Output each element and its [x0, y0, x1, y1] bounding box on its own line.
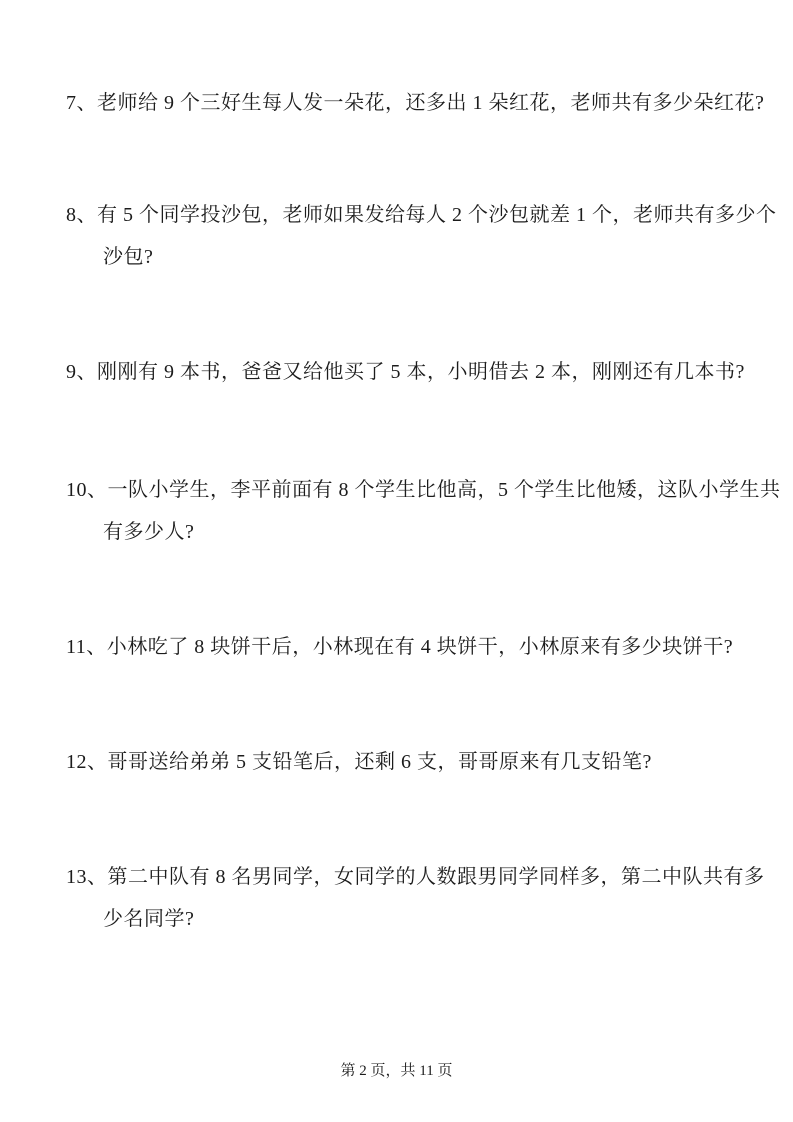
question-number: 8、: [66, 204, 97, 226]
question-text: 小林吃了 8 块饼干后，小林现在有 4 块饼干，小林原来有多少块饼干?: [107, 636, 733, 658]
worksheet-page: 7、老师给 9 个三好生每人发一朵花，还多出 1 朵红花，老师共有多少朵红花? …: [0, 0, 793, 1122]
question-number: 10、: [66, 479, 108, 501]
question-number: 9、: [66, 361, 97, 383]
question-item-7: 7、老师给 9 个三好生每人发一朵花，还多出 1 朵红花，老师共有多少朵红花?: [66, 82, 743, 124]
question-text-continued: 有多少人?: [103, 511, 743, 553]
question-text: 有 5 个同学投沙包，老师如果发给每人 2 个沙包就差 1 个，老师共有多少个: [97, 204, 777, 226]
page-footer: 第 2 页，共 11 页: [0, 1060, 793, 1082]
question-text: 刚刚有 9 本书，爸爸又给他买了 5 本，小明借去 2 本，刚刚还有几本书?: [97, 361, 745, 383]
question-item-8: 8、有 5 个同学投沙包，老师如果发给每人 2 个沙包就差 1 个，老师共有多少…: [66, 194, 743, 278]
question-text: 老师给 9 个三好生每人发一朵花，还多出 1 朵红花，老师共有多少朵红花?: [97, 92, 764, 114]
question-item-10: 10、一队小学生，李平前面有 8 个学生比他高，5 个学生比他矮，这队小学生共 …: [66, 469, 743, 553]
question-item-9: 9、刚刚有 9 本书，爸爸又给他买了 5 本，小明借去 2 本，刚刚还有几本书?: [66, 351, 743, 393]
question-number: 11、: [66, 636, 107, 658]
question-number: 13、: [66, 866, 108, 888]
question-text: 一队小学生，李平前面有 8 个学生比他高，5 个学生比他矮，这队小学生共: [108, 479, 781, 501]
question-text: 哥哥送给弟弟 5 支铅笔后，还剩 6 支，哥哥原来有几支铅笔?: [108, 751, 652, 773]
question-item-12: 12、哥哥送给弟弟 5 支铅笔后，还剩 6 支，哥哥原来有几支铅笔?: [66, 741, 743, 783]
question-item-11: 11、小林吃了 8 块饼干后，小林现在有 4 块饼干，小林原来有多少块饼干?: [66, 626, 743, 668]
question-item-13: 13、第二中队有 8 名男同学，女同学的人数跟男同学同样多，第二中队共有多 少名…: [66, 856, 743, 940]
question-text-continued: 沙包?: [103, 236, 743, 278]
question-text-continued: 少名同学?: [103, 898, 743, 940]
question-text: 第二中队有 8 名男同学，女同学的人数跟男同学同样多，第二中队共有多: [108, 866, 765, 888]
question-number: 12、: [66, 751, 108, 773]
question-number: 7、: [66, 92, 97, 114]
